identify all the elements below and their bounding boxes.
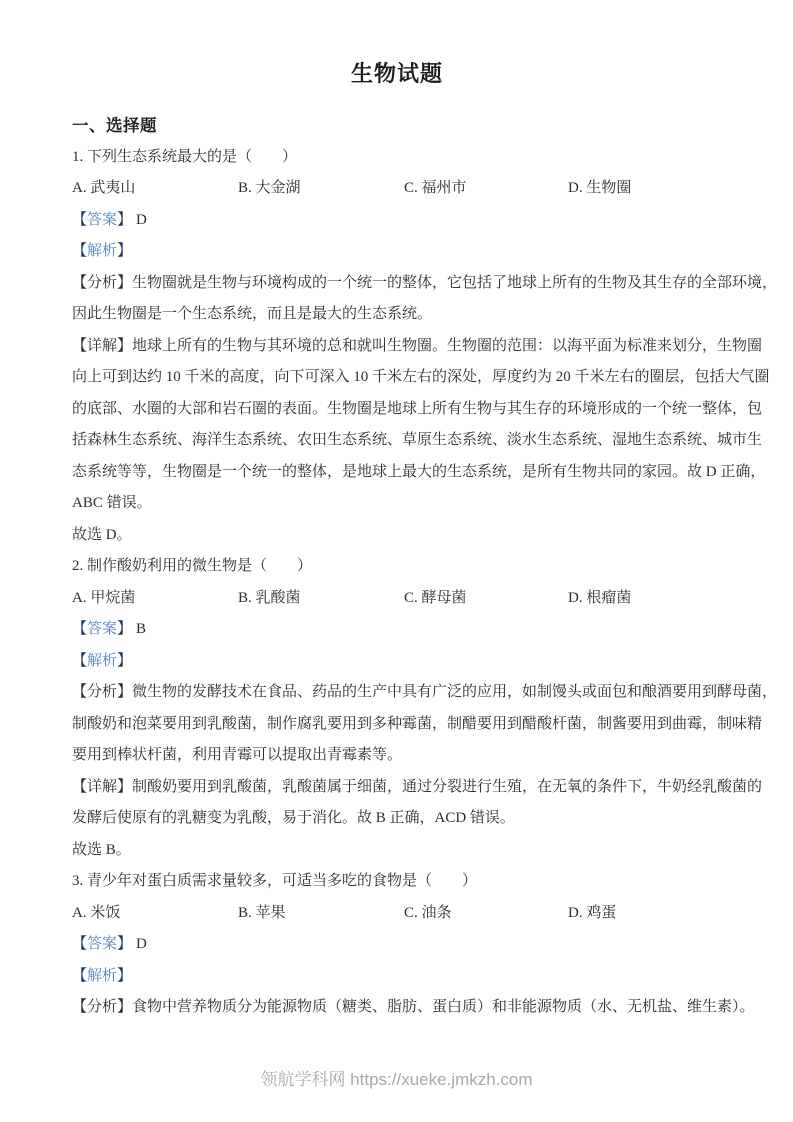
section-heading: 一、选择题 [72,110,722,142]
option-c: C. 油条 [404,898,568,930]
explanation-label-line: 【解析】 [72,236,722,268]
options-row: A. 甲烷菌B. 乳酸菌C. 酵母菌D. 根瘤菌 [72,583,722,615]
text-line: 要用到棒状杆菌，利用青霉可以提取出青霉素等。 [72,740,722,772]
detail-paragraph: 【详解】制酸奶要用到乳酸菌，乳酸菌属于细菌，通过分裂进行生殖，在无氧的条件下，牛… [72,772,722,835]
option-d: D. 根瘤菌 [568,583,722,615]
answer-line: 【答案】D [72,929,722,961]
option-c: C. 酵母菌 [404,583,568,615]
text-line: 【分析】食物中营养物质分为能源物质（糖类、脂肪、蛋白质）和非能源物质（水、无机盐… [72,992,722,1024]
question-block-3: 3. 青少年对蛋白质需求量较多，可适当多吃的食物是（ ） A. 米饭B. 苹果C… [72,866,722,1024]
analysis-paragraph: 【分析】微生物的发酵技术在食品、药品的生产中具有广泛的应用，如制馒头或面包和酿酒… [72,677,722,772]
exam-document-page: 生物试题 一、选择题 1. 下列生态系统最大的是（ ） A. 武夷山B. 大金湖… [0,0,793,1122]
text-line: 【详解】制酸奶要用到乳酸菌，乳酸菌属于细菌，通过分裂进行生殖，在无氧的条件下，牛… [72,772,722,804]
option-c: C. 福州市 [404,173,568,205]
detail-paragraph: 【详解】地球上所有的生物与其环境的总和就叫生物圈。生物圈的范围：以海平面为标准来… [72,331,722,520]
options-row: A. 武夷山B. 大金湖C. 福州市D. 生物圈 [72,173,722,205]
question-text: 3. 青少年对蛋白质需求量较多，可适当多吃的食物是（ ） [72,866,722,898]
text-line: 向上可到达约 10 千米的高度，向下可深入 10 千米左右的深处，厚度约为 20… [72,362,722,394]
option-a: A. 米饭 [72,898,238,930]
watermark-text: 领航学科网 https://xueke.jmkzh.com [260,1070,532,1089]
question-block-2: 2. 制作酸奶利用的微生物是（ ） A. 甲烷菌B. 乳酸菌C. 酵母菌D. 根… [72,551,722,866]
text-line: 的底部、水圈的大部和岩石圈的表面。生物圈是地球上所有生物与其生存的环境形成的一个… [72,394,722,426]
answer-value: B [136,621,146,637]
options-row: A. 米饭B. 苹果C. 油条D. 鸡蛋 [72,898,722,930]
option-d: D. 鸡蛋 [568,898,722,930]
conclusion-line: 故选 D。 [72,520,722,552]
text-line: ABC 错误。 [72,488,722,520]
answer-label: 【 [72,936,87,952]
text-line: 【分析】微生物的发酵技术在食品、药品的生产中具有广泛的应用，如制馒头或面包和酿酒… [72,677,722,709]
option-b: B. 苹果 [238,898,404,930]
answer-label: 【 [72,621,87,637]
question-text: 1. 下列生态系统最大的是（ ） [72,142,722,174]
question-block-1: 1. 下列生态系统最大的是（ ） A. 武夷山B. 大金湖C. 福州市D. 生物… [72,142,722,552]
analysis-paragraph: 【分析】生物圈就是生物与环境构成的一个统一的整体，它包括了地球上所有的生物及其生… [72,268,722,331]
text-line: 态系统等等，生物圈是一个统一的整体，是地球上最大的生态系统，是所有生物共同的家园… [72,457,722,489]
option-a: A. 武夷山 [72,173,238,205]
option-b: B. 乳酸菌 [238,583,404,615]
text-line: 发酵后使原有的乳糖变为乳酸，易于消化。故 B 正确，ACD 错误。 [72,803,722,835]
text-line: 括森林生态系统、海洋生态系统、农田生态系统、草原生态系统、淡水生态系统、湿地生态… [72,425,722,457]
conclusion-line: 故选 B。 [72,835,722,867]
option-a: A. 甲烷菌 [72,583,238,615]
explanation-label: 【 [72,243,87,259]
answer-value: D [136,212,147,228]
explanation-label-line: 【解析】 [72,961,722,993]
page-title: 生物试题 [72,60,722,88]
analysis-paragraph: 【分析】食物中营养物质分为能源物质（糖类、脂肪、蛋白质）和非能源物质（水、无机盐… [72,992,722,1024]
option-d: D. 生物圈 [568,173,722,205]
watermark-footer: 领航学科网 https://xueke.jmkzh.com [0,1068,793,1092]
answer-value: D [136,936,147,952]
answer-label: 【 [72,212,87,228]
document-content: 一、选择题 1. 下列生态系统最大的是（ ） A. 武夷山B. 大金湖C. 福州… [72,110,722,1024]
text-line: 【分析】生物圈就是生物与环境构成的一个统一的整体，它包括了地球上所有的生物及其生… [72,268,722,300]
explanation-label: 【 [72,968,87,984]
text-line: 制酸奶和泡菜要用到乳酸菌，制作腐乳要用到多种霉菌，制醋要用到醋酸杆菌，制酱要用到… [72,709,722,741]
option-b: B. 大金湖 [238,173,404,205]
explanation-label-line: 【解析】 [72,646,722,678]
answer-line: 【答案】D [72,205,722,237]
question-text: 2. 制作酸奶利用的微生物是（ ） [72,551,722,583]
explanation-label: 【 [72,653,87,669]
text-line: 因此生物圈是一个生态系统，而且是最大的生态系统。 [72,299,722,331]
answer-line: 【答案】B [72,614,722,646]
text-line: 【详解】地球上所有的生物与其环境的总和就叫生物圈。生物圈的范围：以海平面为标准来… [72,331,722,363]
